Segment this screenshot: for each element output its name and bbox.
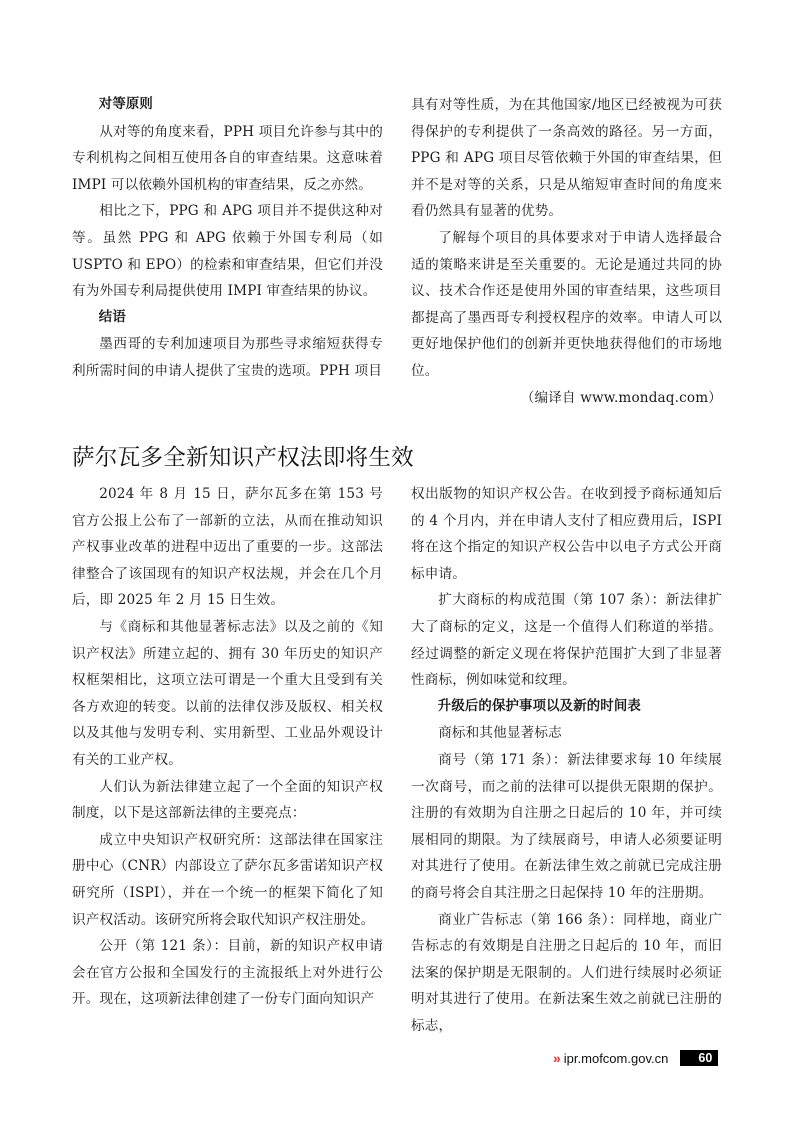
paragraph: 公开（第 121 条）：目前，新的知识产权申请会在官方公报和全国发行的主流报纸上… xyxy=(72,933,383,1013)
paragraph: 墨西哥的专利加速项目为那些寻求缩短获得专利所需时间的申请人提供了宝贵的选项。PP… xyxy=(72,331,383,384)
continued-article-left-column: 对等原则 从对等的角度来看，PPH 项目允许参与其中的专利机构之间相互使用各自的… xyxy=(72,92,383,385)
article-left-column: 2024 年 8 月 15 日，萨尔瓦多在第 153 号官方公报上公布了一部新的… xyxy=(72,481,383,1013)
paragraph: 人们认为新法律建立起了一个全面的知识产权制度，以下是这部新法律的主要亮点： xyxy=(72,774,383,827)
paragraph: 与《商标和其他显著标志法》以及之前的《知识产权法》所建立起的、拥有 30 年历史… xyxy=(72,614,383,774)
page-footer: » ipr.mofcom.gov.cn 60 xyxy=(553,1049,718,1067)
page-number: 60 xyxy=(680,1050,718,1066)
paragraph: 商号（第 171 条）：新法律要求每 10 年续展一次商号，而之前的法律可以提供… xyxy=(411,747,722,907)
article-title: 萨尔瓦多全新知识产权法即将生效 xyxy=(72,440,414,472)
paragraph: 了解每个项目的具体要求对于申请人选择最合适的策略来讲是至关重要的。无论是通过共同… xyxy=(411,225,722,385)
article-right-column: 权出版物的知识产权公告。在收到授予商标通知后的 4 个月内，并在申请人支付了相应… xyxy=(411,481,722,1039)
paragraph: 从对等的角度来看，PPH 项目允许参与其中的专利机构之间相互使用各自的审查结果。… xyxy=(72,119,383,199)
paragraph: 扩大商标的构成范围（第 107 条）：新法律扩大了商标的定义，这是一个值得人们称… xyxy=(411,587,722,693)
paragraph: 成立中央知识产权研究所：这部法律在国家注册中心（CNR）内部设立了萨尔瓦多雷诺知… xyxy=(72,827,383,933)
double-chevron-right-icon: » xyxy=(553,1050,558,1066)
paragraph: 具有对等性质，为在其他国家/地区已经被视为可获得保护的专利提供了一条高效的路径。… xyxy=(411,92,722,225)
section-heading-conclusion: 结语 xyxy=(72,305,383,332)
section-heading-upgraded-protection: 升级后的保护事项以及新的时间表 xyxy=(411,694,722,721)
section-heading-reciprocity: 对等原则 xyxy=(72,92,383,119)
paragraph: 2024 年 8 月 15 日，萨尔瓦多在第 153 号官方公报上公布了一部新的… xyxy=(72,481,383,614)
continued-article-right-column: 具有对等性质，为在其他国家/地区已经被视为可获得保护的专利提供了一条高效的路径。… xyxy=(411,92,722,411)
paragraph: 权出版物的知识产权公告。在收到授予商标通知后的 4 个月内，并在申请人支付了相应… xyxy=(411,481,722,587)
paragraph: 商业广告标志（第 166 条）：同样地，商业广告标志的有效期是自注册之日起后的 … xyxy=(411,907,722,1040)
paragraph: 相比之下，PPG 和 APG 项目并不提供这种对等。虽然 PPG 和 APG 依… xyxy=(72,198,383,304)
footer-url[interactable]: ipr.mofcom.gov.cn xyxy=(564,1051,669,1066)
subheading-marks: 商标和其他显著标志 xyxy=(411,720,722,747)
source-attribution: （编译自 www.mondaq.com） xyxy=(411,385,722,412)
